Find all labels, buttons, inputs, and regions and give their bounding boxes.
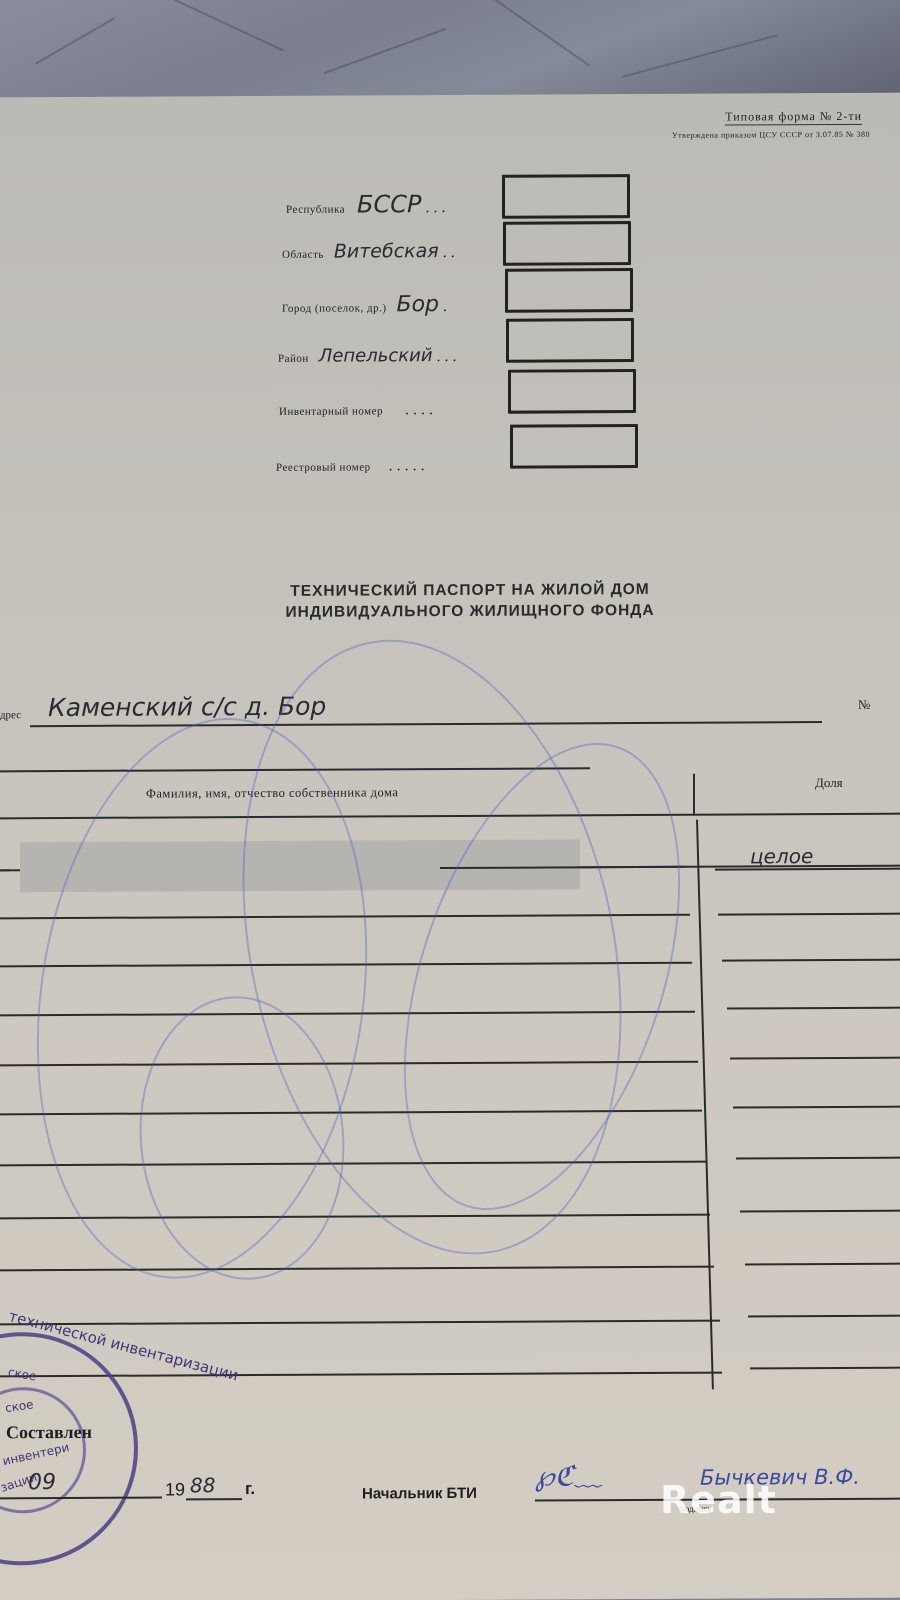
field-city: Город (поселок, др.) Бор . (282, 292, 447, 318)
signature-scrawl: ℘ℭ﹏ (535, 1454, 602, 1494)
address-number-label: № (858, 697, 870, 713)
column-divider (696, 820, 714, 1390)
region-code-box (503, 221, 631, 266)
address-label: Адрес (0, 709, 21, 721)
year-prefix: 19 (165, 1479, 185, 1500)
field-registry-number: Реестровый номер . . . . . (276, 457, 425, 476)
column-header-share: Доля (815, 775, 843, 791)
field-label: Город (поселок, др.) (282, 302, 387, 315)
registry-number-box (510, 424, 638, 469)
document-title-line1: ТЕХНИЧЕСКИЙ ПАСПОРТ НА ЖИЛОЙ ДОМ (220, 581, 720, 602)
field-value: Бор (397, 292, 440, 317)
inventory-number-box (508, 369, 636, 414)
share-value: целое (750, 844, 813, 868)
field-label: Республика (286, 204, 345, 216)
approval-note: Утверждена приказом ЦСУ СССР от 3.07.85 … (672, 130, 870, 140)
technical-passport-page: Типовая форма № 2-ти Утверждена приказом… (0, 93, 900, 1600)
city-code-box (505, 268, 633, 313)
field-republic: Республика БССР . . . (286, 190, 445, 219)
stamp-composed-label: Составлен (6, 1422, 92, 1443)
realt-watermark: Realt (660, 1478, 777, 1522)
field-value: БССР (357, 190, 421, 218)
field-value: Витебская (334, 240, 439, 263)
year-suffix: 88 (190, 1473, 215, 1497)
field-label: Инвентарный номер (279, 405, 383, 418)
field-district: Район Лепельский . . . (278, 345, 457, 367)
field-inventory-number: Инвентарный номер . . . . (279, 401, 433, 420)
head-of-bti-label: Начальник БТИ (362, 1485, 477, 1503)
republic-code-box (502, 174, 630, 219)
form-type-label: Типовая форма № 2-ти (725, 109, 862, 126)
document-title-line2: ИНДИВИДУАЛЬНОГО ЖИЛИЩНОГО ФОНДА (220, 602, 720, 623)
field-label: Реестровый номер (276, 461, 371, 473)
field-label: Район (278, 353, 309, 365)
field-value: Лепельский (319, 345, 433, 367)
date-day: 09 (28, 1470, 56, 1495)
district-code-box (506, 318, 634, 363)
field-region: Область Витебская . . (282, 240, 455, 263)
year-unit: г. (245, 1479, 255, 1499)
field-label: Область (282, 249, 324, 261)
